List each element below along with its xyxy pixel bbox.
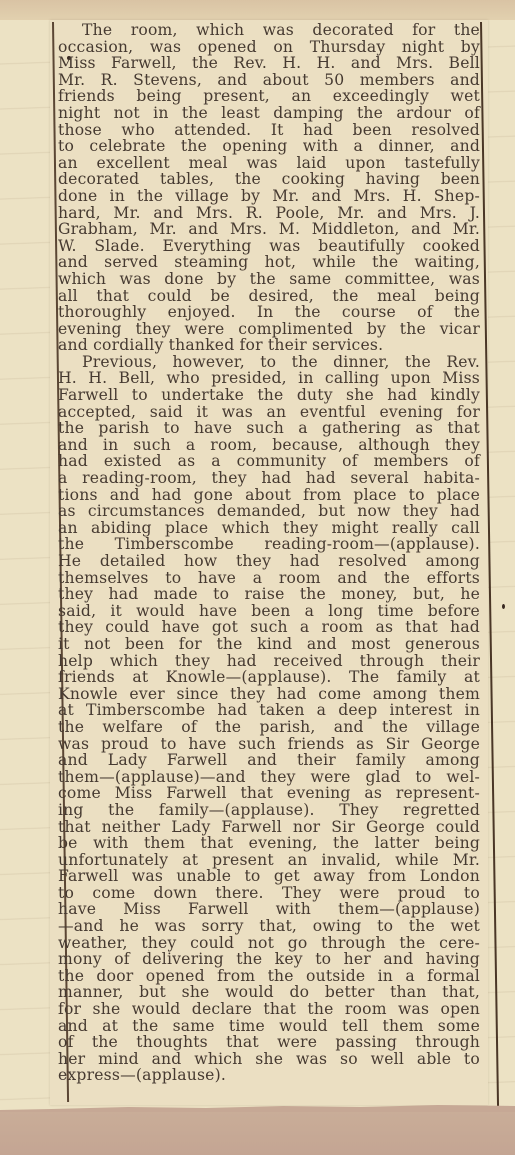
article-line: occasion, was opened on Thursday night b… <box>58 39 480 56</box>
article-line: it not been for the kind and most genero… <box>58 636 480 653</box>
article-line: as circumstances demanded, but now they … <box>58 503 480 520</box>
article-line: weather, they could not go through the c… <box>58 935 480 952</box>
article-line: Farwell was unable to get away from Lond… <box>58 868 480 885</box>
article-line: the welfare of the parish, and the villa… <box>58 719 480 736</box>
article-line: help which they had received through the… <box>58 653 480 670</box>
article-line: her mind and which she was so well able … <box>58 1051 480 1068</box>
article-line: Farwell to undertake the duty she had ki… <box>58 387 480 404</box>
article-line: a reading-room, they had had several hab… <box>58 470 480 487</box>
article-line: be with them that evening, the latter be… <box>58 835 480 852</box>
article-line: Miss Farwell, the Rev. H. H. and Mrs. Be… <box>58 55 480 72</box>
backing-page <box>0 1112 515 1155</box>
article-line: H. H. Bell, who presided, in calling upo… <box>58 370 480 387</box>
article-line: have Miss Farwell with them—(applause) <box>58 901 480 918</box>
article-line: said, it would have been a long time bef… <box>58 603 480 620</box>
article-line: they had made to raise the money, but, h… <box>58 586 480 603</box>
article-line: for she would declare that the room was … <box>58 1001 480 1018</box>
article-line: friends being present, an exceedingly we… <box>58 88 480 105</box>
article-line: themselves to have a room and the effort… <box>58 570 480 587</box>
article-line: evening they were complimented by the vi… <box>58 321 480 338</box>
article-line: ing the family—(applause). They regrette… <box>58 802 480 819</box>
article-line: to come down there. They were proud to <box>58 885 480 902</box>
article-line: had existed as a community of members of <box>58 453 480 470</box>
article-line: He detailed how they had resolved among <box>58 553 480 570</box>
article-line: unfortunately at present an invalid, whi… <box>58 852 480 869</box>
article-line: that neither Lady Farwell nor Sir George… <box>58 819 480 836</box>
article-line: done in the village by Mr. and Mrs. H. S… <box>58 188 480 205</box>
article-line: come Miss Farwell that evening as repres… <box>58 785 480 802</box>
article-line: accepted, said it was an eventful evenin… <box>58 404 480 421</box>
article-line: the Timberscombe reading-room—(applause)… <box>58 536 480 553</box>
article-line: an abiding place which they might really… <box>58 520 480 537</box>
article-line: decorated tables, the cooking having bee… <box>58 171 480 188</box>
article-line: and served steaming hot, while the waiti… <box>58 254 480 271</box>
article-line: an excellent meal was laid upon tasteful… <box>58 155 480 172</box>
article-line: all that could be desired, the meal bein… <box>58 288 480 305</box>
article-body: The room, which was decorated for the oc… <box>58 22 480 1084</box>
article-line: of the thoughts that were passing throug… <box>58 1034 480 1051</box>
article-line: mony of delivering the key to her and ha… <box>58 951 480 968</box>
article-line: night not in the least damping the ardou… <box>58 105 480 122</box>
article-line: Mr. R. Stevens, and about 50 members and <box>58 72 480 89</box>
article-line: manner, but she would do better than tha… <box>58 984 480 1001</box>
article-line: thoroughly enjoyed. In the course of the <box>58 304 480 321</box>
article-line: which was done by the same committee, wa… <box>58 271 480 288</box>
article-line: friends at Knowle—(applause). The family… <box>58 669 480 686</box>
article-line: Previous, however, to the dinner, the Re… <box>58 354 480 371</box>
article-line: and at the same time would tell them som… <box>58 1018 480 1035</box>
article-line: at Timberscombe had taken a deep interes… <box>58 702 480 719</box>
article-line: they could have got such a room as that … <box>58 619 480 636</box>
article-line: the door opened from the outside in a fo… <box>58 968 480 985</box>
article-line: to celebrate the opening with a dinner, … <box>58 138 480 155</box>
article-line: Grabham, Mr. and Mrs. M. Middleton, and … <box>58 221 480 238</box>
article-line: and cordially thanked for their services… <box>58 337 480 354</box>
article-line: and Lady Farwell and their family among <box>58 752 480 769</box>
article-line: —and he was sorry that, owing to the wet <box>58 918 480 935</box>
article-line: Knowle ever since they had come among th… <box>58 686 480 703</box>
article-line: was proud to have such friends as Sir Ge… <box>58 736 480 753</box>
article-line: the parish to have such a gathering as t… <box>58 420 480 437</box>
article-line: tions and had gone about from place to p… <box>58 487 480 504</box>
article-line: The room, which was decorated for the <box>58 22 480 39</box>
article-line: and in such a room, because, although th… <box>58 437 480 454</box>
article-line: W. Slade. Everything was beautifully coo… <box>58 238 480 255</box>
article-line: hard, Mr. and Mrs. R. Poole, Mr. and Mrs… <box>58 205 480 222</box>
article-line: express—(applause). <box>58 1067 480 1084</box>
margin-mark <box>502 604 505 609</box>
article-line: those who attended. It had been resolved <box>58 122 480 139</box>
article-line: them—(applause)—and they were glad to we… <box>58 769 480 786</box>
